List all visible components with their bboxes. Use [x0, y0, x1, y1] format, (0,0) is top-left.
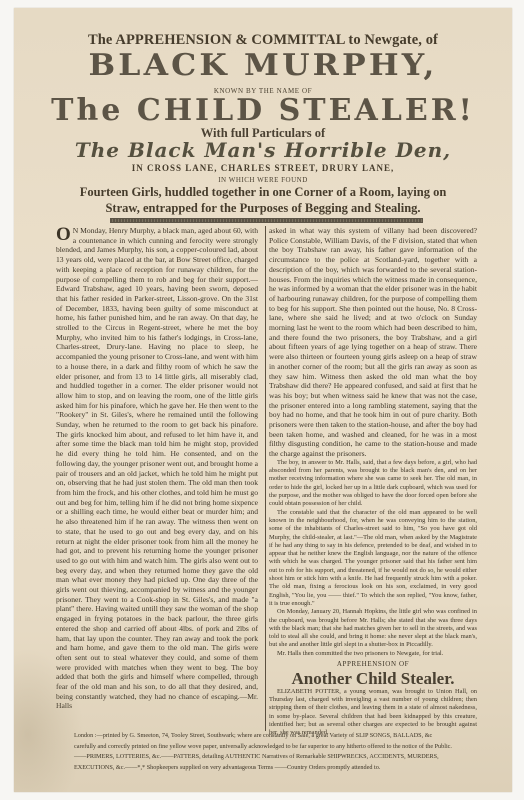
ornamental-rule: [110, 218, 423, 223]
headline-summary: Fourteen Girls, huddled together in one …: [14, 184, 512, 216]
article-left-column: ON Monday, Henry Murphy, a black man, ag…: [56, 226, 258, 711]
headline-apprehension: The APPREHENSION & COMMITTAL to Newgate,…: [14, 32, 512, 49]
left-column-text: N Monday, Henry Murphy, a black man, age…: [56, 226, 258, 710]
headline-name: BLACK MURPHY,: [2, 48, 524, 83]
paragraph-committal: Mr. Halls then committed the two prisone…: [269, 650, 477, 658]
headline-location: IN CROSS LANE, CHARLES STREET, DRURY LAN…: [14, 163, 512, 173]
headline-alias: The CHILD STEALER!: [14, 93, 512, 128]
imprint-line-1: London :—printed by G. Smeeton, 74, Tool…: [74, 731, 474, 742]
article-right-column: asked in what way this system of villany…: [269, 226, 477, 737]
broadside-sheet: The APPREHENSION & COMMITTAL to Newgate,…: [14, 8, 512, 792]
paragraph-hannah-hopkins: On Monday, January 20, Hannah Hopkins, t…: [269, 608, 477, 649]
imprint-line-2: carefully and correctly printed on fine …: [74, 742, 474, 753]
right-column-text: asked in what way this system of villany…: [269, 226, 477, 459]
headline-found: IN WHICH WERE FOUND: [14, 176, 512, 184]
column-divider: [265, 226, 266, 731]
imprint-line-4: EXECUTIONS, &c.——*,* Shopkeepers supplie…: [74, 763, 474, 774]
summary-line-1: Fourteen Girls, huddled together in one …: [14, 184, 512, 200]
paragraph-boy-answer: The boy, in answer to Mr. Halls, said, t…: [269, 459, 477, 509]
imprint-line-3: ——PRIMERS, LOTTERIES, &c.——PATTERS, deta…: [74, 752, 474, 763]
paragraph-constable: The constable said that the character of…: [269, 509, 477, 609]
headline-den: The Black Man's Horrible Den,: [14, 138, 512, 162]
drop-cap: O: [56, 227, 71, 243]
subheading-another-child-stealer: Another Child Stealer.: [269, 670, 477, 688]
summary-line-2: Straw, entrapped for the Purposes of Beg…: [14, 200, 512, 216]
printer-imprint: London :—printed by G. Smeeton, 74, Tool…: [74, 731, 474, 773]
